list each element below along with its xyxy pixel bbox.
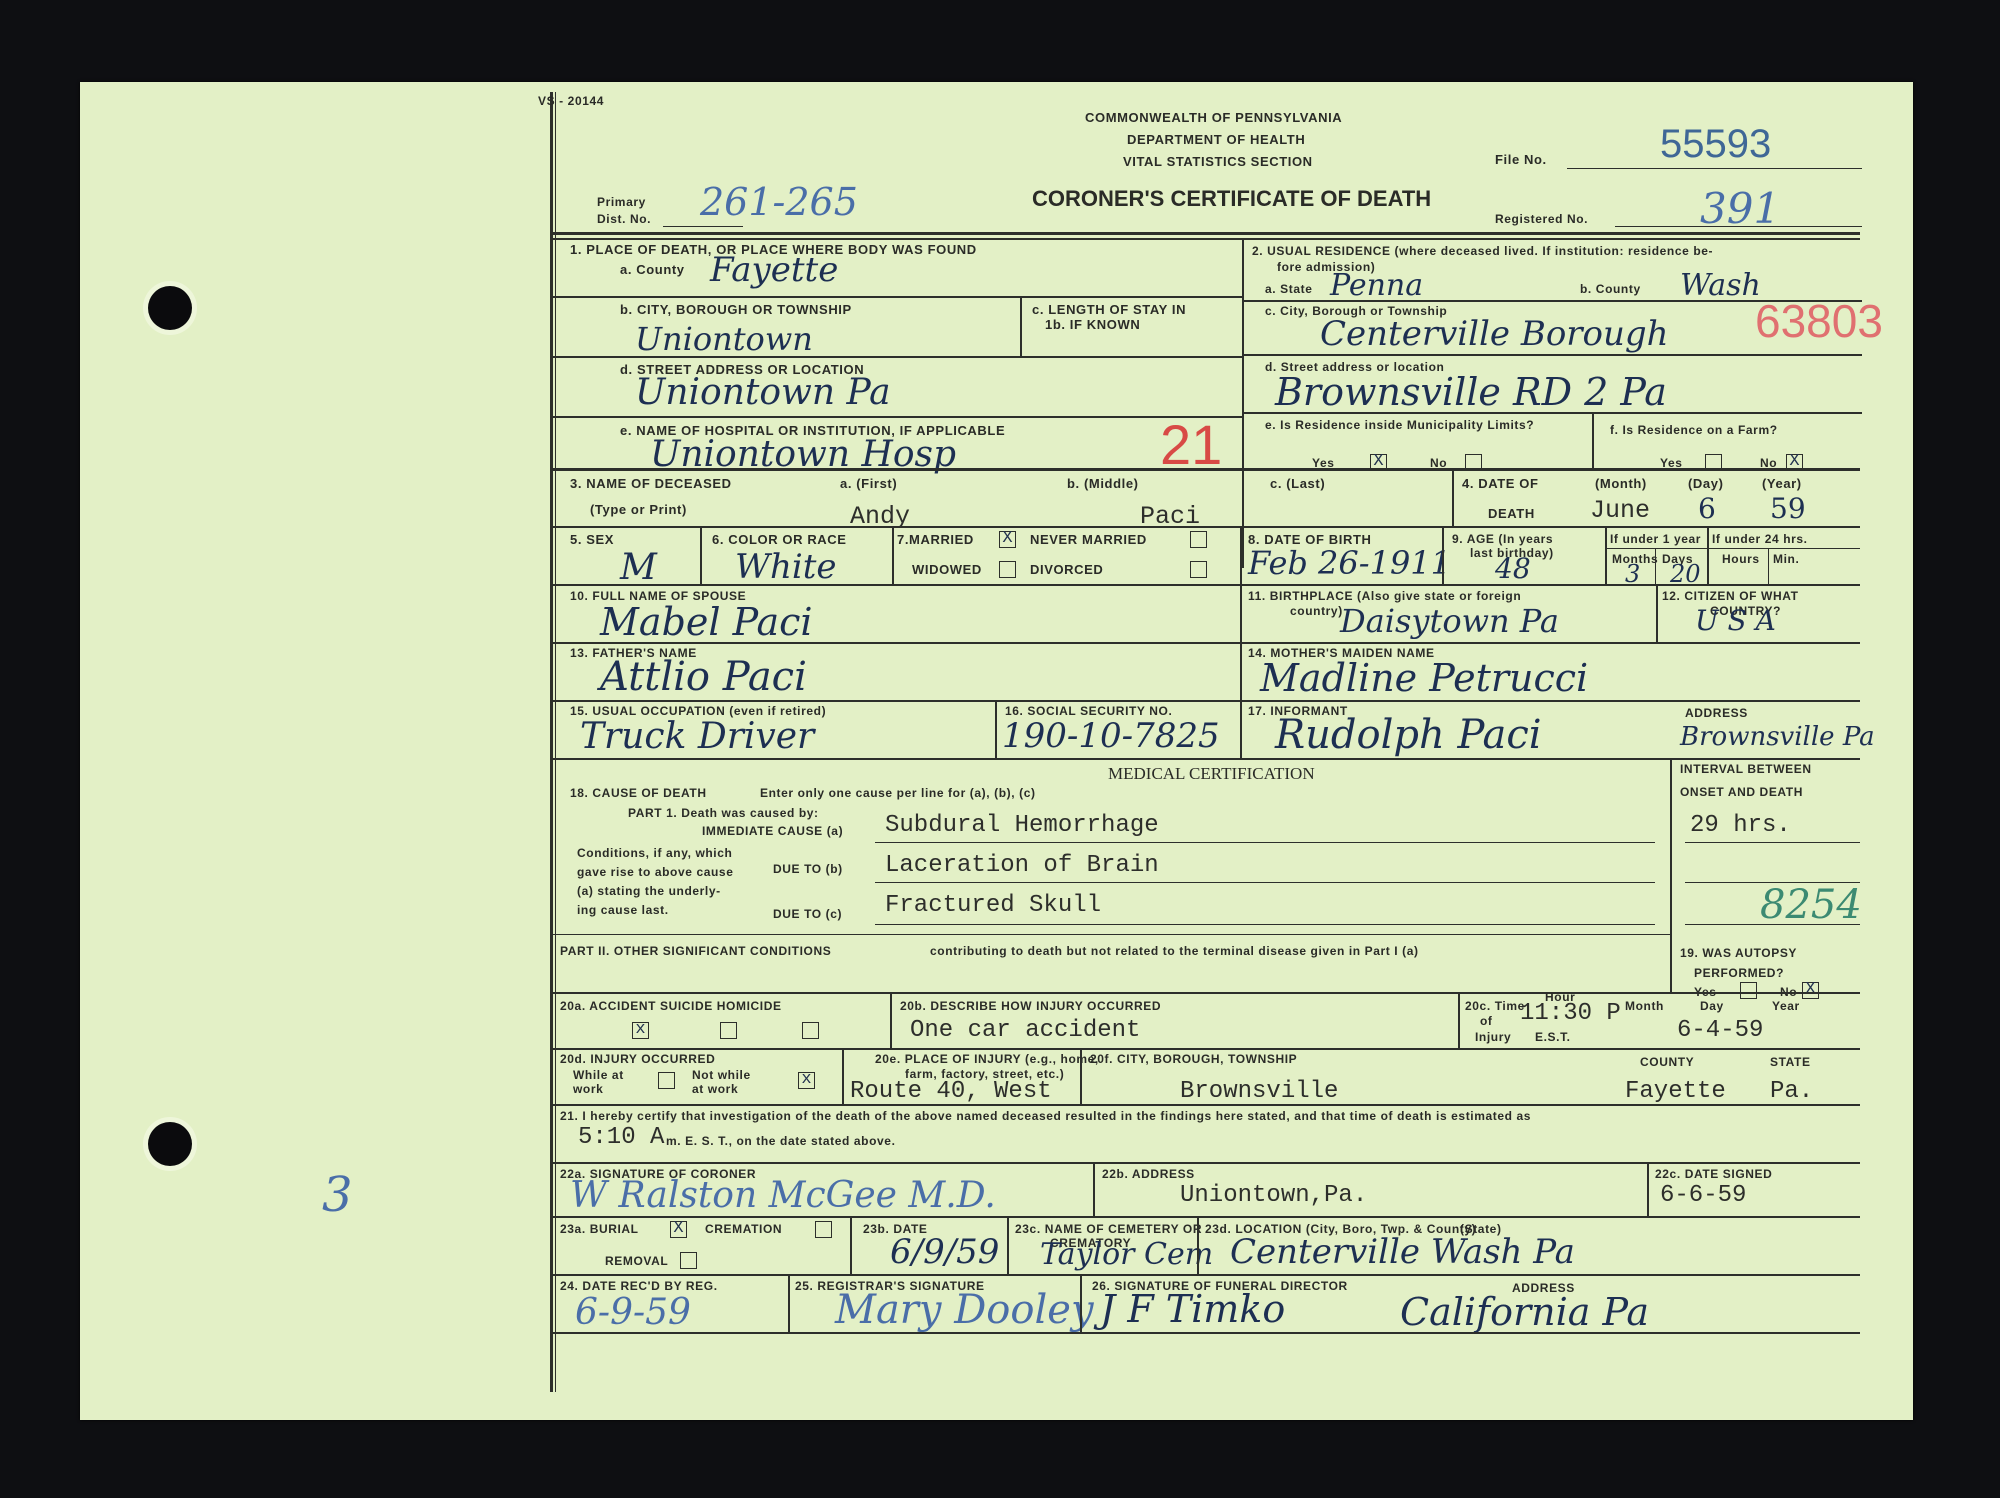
row-line	[550, 1162, 1860, 1164]
date-recd-label: 24. DATE REC'D BY REG.	[560, 1279, 718, 1293]
res-state-value: Penna	[1330, 268, 1423, 303]
never-married-label: NEVER MARRIED	[1030, 532, 1147, 547]
frame-left	[550, 92, 553, 1392]
spouse-value: Mabel Paci	[600, 600, 813, 644]
part2-label: PART II. OTHER SIGNIFICANT CONDITIONS	[560, 944, 831, 958]
accident-checkbox[interactable]: x	[632, 1022, 649, 1039]
date-recd-value: 6-9-59	[575, 1292, 691, 1333]
place-divider	[1080, 1048, 1082, 1104]
cremation-checkbox[interactable]	[815, 1221, 832, 1238]
address-divider	[1647, 1162, 1649, 1216]
dod-divider	[1452, 468, 1454, 526]
time-label-3: Injury	[1475, 1030, 1511, 1044]
row-line	[550, 526, 1860, 528]
months-divider	[1655, 548, 1656, 584]
suicide-checkbox[interactable]	[720, 1022, 737, 1039]
birthplace-label-2: country)	[1290, 604, 1343, 618]
divorced-label: DIVORCED	[1030, 562, 1103, 577]
res-street-value: Brownsville RD 2 Pa	[1275, 370, 1667, 414]
row-line	[550, 356, 1242, 358]
header-rule	[550, 232, 1860, 235]
injury-year-label: Year	[1772, 999, 1800, 1013]
row-line	[550, 416, 1242, 418]
stay-label-1: c. LENGTH OF STAY IN	[1032, 302, 1186, 317]
married-checkbox[interactable]: X	[999, 531, 1016, 548]
burial-checkbox[interactable]: X	[670, 1221, 687, 1238]
birthplace-label-1: 11. BIRTHPLACE (Also give state or forei…	[1248, 589, 1521, 603]
not-while-at-work-checkbox[interactable]: x	[798, 1072, 815, 1089]
citizen-value: U S A	[1695, 604, 1776, 637]
frame-left-inner	[555, 92, 556, 1392]
due-to-b-label: DUE TO (b)	[773, 862, 843, 876]
cause-a-line	[875, 842, 1655, 843]
disp-divider	[850, 1216, 852, 1274]
homicide-checkbox[interactable]	[802, 1022, 819, 1039]
cause-note: Enter only one cause per line for (a), (…	[760, 786, 1036, 800]
while-at-work-label: While at work	[573, 1068, 633, 1096]
inside-limits-label: e. Is Residence inside Municipality Limi…	[1265, 418, 1534, 432]
ssn-value: 190-10-7825	[1002, 716, 1220, 756]
interval-a-line	[1685, 842, 1860, 843]
burial-date-value: 6/9/59	[890, 1232, 999, 1272]
res-county-label: b. County	[1580, 282, 1641, 296]
injury-occurred-label: 20d. INJURY OCCURRED	[560, 1052, 715, 1066]
funeral-address-value: California Pa	[1400, 1290, 1649, 1334]
citizen-divider	[1656, 584, 1658, 642]
sex-label: 5. SEX	[570, 532, 614, 547]
injury-type-label: 20a. ACCIDENT SUICIDE HOMICIDE	[560, 999, 782, 1013]
citizen-label-1: 12. CITIZEN OF WHAT	[1662, 589, 1799, 603]
stay-divider	[1020, 296, 1022, 356]
age-label-1: 9. AGE (In years	[1452, 532, 1553, 546]
death-day: 6	[1698, 492, 1716, 525]
injury-state-value: Pa.	[1770, 1078, 1813, 1105]
header-rule-2	[550, 238, 1860, 240]
birthplace-value: Daisytown Pa	[1340, 602, 1559, 640]
conditions-note-2: gave rise to above cause	[577, 865, 733, 879]
dod-day-label: (Day)	[1688, 476, 1724, 491]
form-code: VS - 20144	[538, 94, 604, 108]
race-label: 6. COLOR OR RACE	[712, 532, 847, 547]
cause-label: 18. CAUSE OF DEATH	[570, 786, 707, 800]
dob-value: Feb 26-1911	[1248, 544, 1451, 582]
stamp-number: 63803	[1755, 294, 1883, 348]
immediate-cause-value: Subdural Hemorrhage	[885, 812, 1159, 839]
sex-value: M	[620, 547, 657, 588]
autopsy-no-checkbox[interactable]: X	[1802, 982, 1819, 999]
punch-hole-top	[148, 286, 192, 330]
dod-month-label: (Month)	[1595, 476, 1647, 491]
row-line	[550, 1104, 1860, 1106]
marital-divider	[1240, 526, 1242, 584]
row-line	[550, 992, 1860, 994]
dist-line	[663, 226, 743, 227]
interval-label-1: INTERVAL BETWEEN	[1680, 762, 1812, 776]
place-label-1: 20e. PLACE OF INJURY (e.g., home,	[875, 1052, 1099, 1066]
registrar-divider	[1080, 1274, 1082, 1332]
removal-checkbox[interactable]	[680, 1252, 697, 1269]
conditions-note-1: Conditions, if any, which	[577, 846, 732, 860]
stay-label-2: 1b. IF KNOWN	[1045, 317, 1140, 332]
row-line	[550, 758, 1860, 760]
occupation-value: Truck Driver	[580, 716, 814, 757]
middle-label: b. (Middle)	[1067, 476, 1139, 491]
informant-address-value: Brownsville Pa	[1680, 722, 1875, 752]
injury-place-value: Route 40, West	[850, 1078, 1052, 1105]
injury-date-value: 6-4-59	[1677, 1017, 1763, 1044]
widowed-label: WIDOWED	[912, 562, 982, 577]
under-24-label: If under 24 hrs.	[1712, 532, 1808, 546]
certificate-paper: 3 VS - 20144 COMMONWEALTH OF PENNSYLVANI…	[80, 82, 1913, 1420]
death-time-suffix: m. E. S. T., on the date stated above.	[666, 1134, 896, 1148]
never-married-checkbox[interactable]	[1190, 531, 1207, 548]
row-line	[550, 700, 1860, 702]
row-line	[550, 1274, 1860, 1276]
est-label: E.S.T.	[1535, 1030, 1571, 1044]
age-divider	[1605, 526, 1607, 584]
injury-city-value: Brownsville	[1180, 1078, 1338, 1105]
occurred-divider	[842, 1048, 844, 1104]
row-line	[1242, 412, 1862, 414]
death-city-value: Uniontown	[635, 320, 813, 358]
row-line	[550, 1048, 1860, 1050]
hours-divider	[1768, 548, 1769, 584]
file-no-value: 55593	[1660, 122, 1771, 167]
ssn-divider	[1240, 700, 1242, 758]
row-line	[550, 296, 1242, 298]
dob-divider	[1442, 526, 1444, 584]
certify-statement: 21. I hereby certify that investigation …	[560, 1109, 1531, 1123]
cemetery-divider	[1197, 1216, 1199, 1274]
coroner-address-label: 22b. ADDRESS	[1102, 1167, 1195, 1181]
header-line-1: COMMONWEALTH OF PENNSYLVANIA	[1085, 110, 1342, 125]
registrar-signature: Mary Dooley	[835, 1287, 1094, 1333]
county-label: a. County	[620, 262, 685, 277]
funeral-director-signature: J F Timko	[1100, 1287, 1285, 1331]
row-line	[550, 1216, 1860, 1218]
registered-no-value: 391	[1700, 184, 1780, 233]
city-label: b. CITY, BOROUGH OR TOWNSHIP	[620, 302, 852, 317]
date-signed-label: 22c. DATE SIGNED	[1655, 1167, 1772, 1181]
interval-c-line	[1685, 924, 1860, 925]
married-label: 7.MARRIED	[897, 532, 974, 547]
min-label: Min.	[1773, 552, 1799, 566]
residence-label-1: 2. USUAL RESIDENCE (where deceased lived…	[1252, 244, 1713, 258]
coroner-address-value: Uniontown,Pa.	[1180, 1182, 1367, 1209]
header-line-3: VITAL STATISTICS SECTION	[1123, 154, 1313, 169]
due-to-c-label: DUE TO (c)	[773, 907, 842, 921]
injury-county-value: Fayette	[1625, 1078, 1726, 1105]
autopsy-yes-checkbox[interactable]	[1740, 982, 1757, 999]
occ-divider	[995, 700, 997, 758]
cremation-label: CREMATION	[705, 1222, 782, 1236]
race-value: White	[735, 547, 837, 587]
death-street-value: Uniontown Pa	[635, 372, 891, 413]
removal-label: REMOVAL	[605, 1254, 668, 1268]
widowed-checkbox[interactable]	[999, 561, 1016, 578]
time-label-2: of	[1480, 1014, 1493, 1028]
sub-row-line	[1605, 548, 1860, 549]
injury-county-label: COUNTY	[1640, 1055, 1694, 1069]
header-line-2: DEPARTMENT OF HEALTH	[1127, 132, 1305, 147]
injury-city-label: 20f. CITY, BOROUGH, TOWNSHIP	[1090, 1052, 1297, 1066]
conditions-note-3: (a) stating the underly-	[577, 884, 721, 898]
interval-divider	[1670, 758, 1672, 992]
sec1-divider	[1242, 238, 1244, 568]
time-label-1: 20c. Time	[1465, 999, 1525, 1013]
father-value: Attlio Paci	[600, 654, 807, 700]
autopsy-label-1: 19. WAS AUTOPSY	[1680, 946, 1797, 960]
last-label: c. (Last)	[1270, 476, 1325, 491]
informant-value: Rudolph Paci	[1275, 712, 1542, 758]
death-month: June	[1590, 496, 1650, 525]
death-county-value: Fayette	[710, 250, 838, 290]
injury-month-label: Month	[1625, 999, 1664, 1013]
sex-divider	[700, 526, 702, 584]
res-county-value: Wash	[1680, 268, 1761, 303]
row-line	[550, 642, 1860, 644]
under-divider	[1707, 526, 1709, 584]
row-line	[1242, 354, 1862, 356]
type-divider	[890, 992, 892, 1048]
autopsy-label-2: PERFORMED?	[1694, 966, 1784, 980]
injury-how-label: 20b. DESCRIBE HOW INJURY OCCURRED	[900, 999, 1161, 1013]
injury-how-value: One car accident	[910, 1017, 1140, 1044]
burial-location-value: Centerville Wash Pa	[1230, 1232, 1575, 1272]
injury-time-value: 11:30 P	[1520, 1000, 1621, 1027]
res-state-label: a. State	[1265, 282, 1313, 296]
file-no-label: File No.	[1495, 152, 1547, 167]
interval-label-2: ONSET AND DEATH	[1680, 785, 1803, 799]
punch-hole-bottom	[148, 1122, 192, 1166]
cemetery-label-1: 23c. NAME OF CEMETERY OR	[1015, 1222, 1202, 1236]
bottom-rule	[550, 1332, 1860, 1334]
file-no-line	[1567, 168, 1862, 169]
part1-label: PART 1. Death was caused by:	[628, 806, 819, 820]
immediate-label: IMMEDIATE CAUSE (a)	[702, 824, 843, 838]
row-line	[550, 584, 1860, 586]
while-at-work-checkbox[interactable]	[658, 1072, 675, 1089]
type-print-label: (Type or Print)	[590, 502, 687, 517]
date-signed-value: 6-6-59	[1660, 1182, 1746, 1209]
dod-year-label: (Year)	[1762, 476, 1802, 491]
farm-divider	[1592, 412, 1594, 468]
part1-end	[550, 934, 1670, 935]
not-while-at-work-label: Not while at work	[692, 1068, 762, 1096]
farm-label: f. Is Residence on a Farm?	[1610, 423, 1778, 437]
cause-c-line	[875, 924, 1655, 925]
registered-no-label: Registered No.	[1495, 212, 1588, 226]
hours-label: Hours	[1722, 552, 1760, 566]
recd-divider	[788, 1274, 790, 1332]
informant-address-label: ADDRESS	[1685, 706, 1748, 720]
section-rule	[550, 468, 1860, 471]
deceased-label: 3. NAME OF DECEASED	[570, 476, 732, 491]
burial-label: 23a. BURIAL	[560, 1222, 639, 1236]
dod-label-1: 4. DATE OF	[1462, 476, 1539, 491]
cause-b-line	[875, 882, 1655, 883]
due-to-b-value: Laceration of Brain	[885, 852, 1159, 879]
interval-a-value: 29 hrs.	[1690, 812, 1791, 839]
injury-state-label: STATE	[1770, 1055, 1811, 1069]
page-title: CORONER'S CERTIFICATE OF DEATH	[1032, 186, 1431, 212]
res-city-value: Centerville Borough	[1320, 314, 1669, 354]
how-divider	[1458, 992, 1460, 1048]
injury-day-label: Day	[1700, 999, 1724, 1013]
race-divider	[892, 526, 894, 584]
part2-note: contributing to death but not related to…	[930, 944, 1419, 958]
conditions-note-4: ing cause last.	[577, 903, 669, 917]
coroner-signature: W Ralston McGee M.D.	[570, 1175, 996, 1216]
death-year: 59	[1770, 492, 1806, 525]
sig-divider	[1093, 1162, 1095, 1216]
margin-mark: 3	[322, 1167, 353, 1223]
first-label: a. (First)	[840, 476, 897, 491]
age-value: 48	[1495, 552, 1531, 585]
under-1-label: If under 1 year	[1610, 532, 1701, 546]
mother-value: Madline Petrucci	[1260, 656, 1588, 700]
due-to-c-value: Fractured Skull	[885, 892, 1101, 919]
death-time-value: 5:10 A	[578, 1124, 664, 1151]
primary-dist-label-2: Dist. No.	[597, 212, 651, 226]
primary-dist-label-1: Primary	[597, 195, 646, 209]
divorced-checkbox[interactable]	[1190, 561, 1207, 578]
date-divider	[1007, 1216, 1009, 1274]
dod-label-2: DEATH	[1488, 506, 1535, 521]
green-code: 8254	[1760, 882, 1862, 928]
medical-heading: MEDICAL CERTIFICATION	[1108, 764, 1315, 784]
primary-dist-value: 261-265	[700, 180, 858, 224]
cemetery-value: Taylor Cem	[1040, 1237, 1213, 1272]
